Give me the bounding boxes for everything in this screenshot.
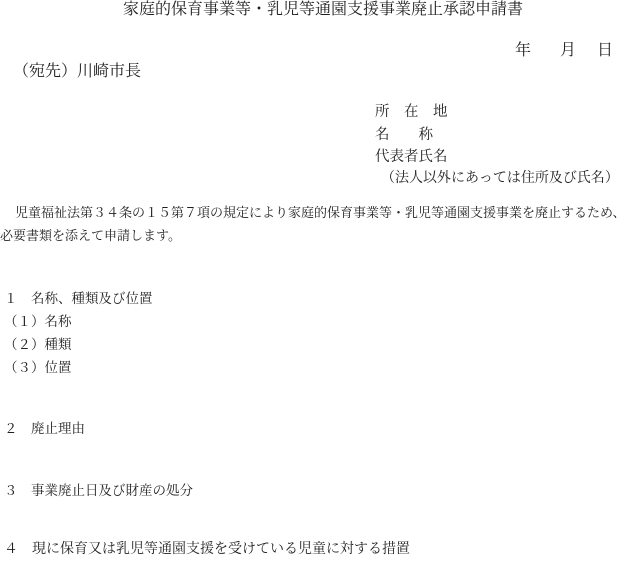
applicant-note: （法人以外にあっては住所及び氏名） [381,171,619,187]
section-1-2-type: （２）種類 [4,337,72,353]
applicant-representative-label: 代表者氏名 [375,149,448,166]
section-4-measures-for-children: ４ 現に保育又は乳児等通園支援を受けている児童に対する措置 [4,542,410,558]
date-year-label: 年 [515,42,531,60]
section-3-abolition-date-property: ３ 事業廃止日及び財産の処分 [4,483,193,499]
applicant-address-label: 所 在 地 [375,104,448,121]
application-form-document: 家庭的保育事業等・乳児等通園支援事業廃止承認申請書 年 月 日 （宛先）川崎市長… [0,0,633,564]
body-paragraph-line-2: 必要書類を添えて申請します。 [0,229,181,244]
section-1-3-location: （３）位置 [4,360,72,376]
body-paragraph-line-1: 児童福祉法第３４条の１５第７項の規定により家庭的保育事業等・乳児等通園支援事業を… [2,206,625,221]
page-title: 家庭的保育事業等・乳児等通園支援事業廃止承認申請書 [123,1,523,19]
section-1-name-type-location: １ 名称、種類及び位置 [4,291,153,307]
section-2-abolition-reason: ２ 廃止理由 [4,421,85,437]
date-month-label: 月 [560,42,576,60]
applicant-name-label: 名 称 [375,127,433,144]
section-1-1-name: （１）名称 [4,314,72,330]
recipient-line: （宛先）川崎市長 [13,63,141,81]
date-day-label: 日 [597,42,613,60]
